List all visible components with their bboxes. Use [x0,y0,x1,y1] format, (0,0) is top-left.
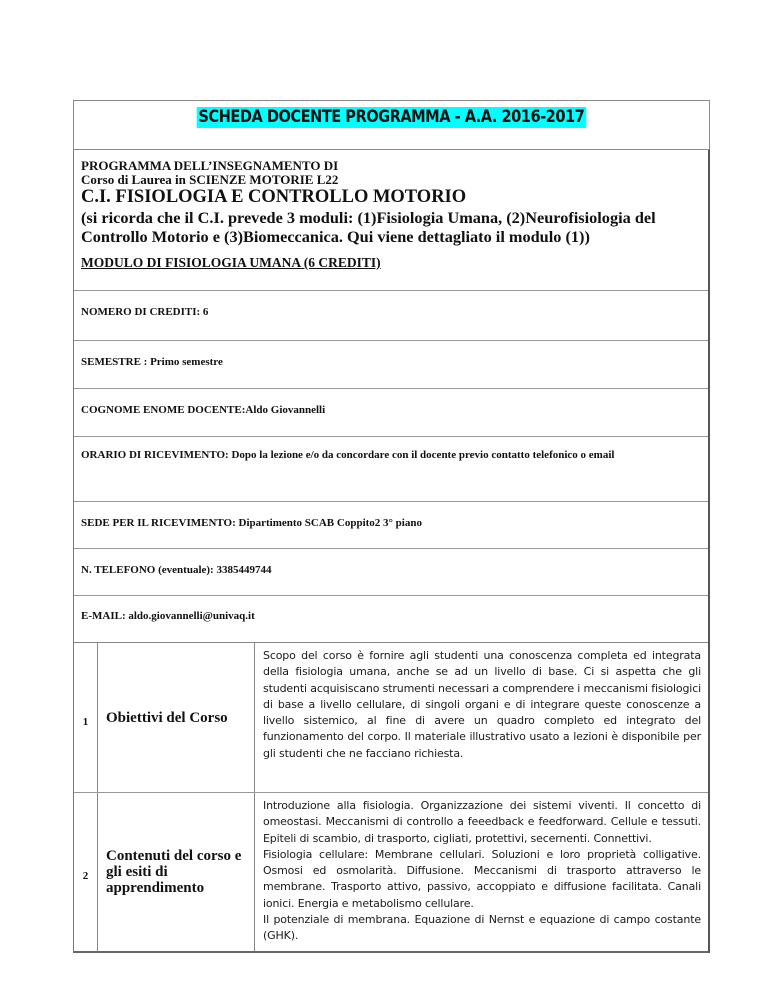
section-number: 1 [74,643,98,792]
semester-row: SEMESTRE : Primo semestre [74,341,708,389]
degree-course: Corso di Laurea in SCIENZE MOTORIE L22 [81,173,702,187]
program-intro: PROGRAMMA DELL’INSEGNAMENTO DI Corso di … [74,150,708,291]
section-paragraph: Fisiologia cellulare: Membrane cellulari… [263,847,701,912]
section-number: 2 [74,793,98,951]
section-label: Contenuti del corso e gli esiti di appre… [98,793,255,951]
module-title: MODULO DI FISIOLOGIA UMANA (6 CREDITI) [81,255,702,271]
program-heading: PROGRAMMA DELL’INSEGNAMENTO DI [81,159,702,173]
section-objectives: 1 Obiettivi del Corso Scopo del corso è … [74,643,708,793]
section-contents: 2 Contenuti del corso e gli esiti di app… [74,793,708,951]
section-body: Scopo del corso è fornire agli studenti … [255,643,708,792]
teacher-row: COGNOME ENOME DOCENTE:Aldo Giovannelli [74,389,708,437]
document-header: SCHEDA DOCENTE PROGRAMMA - A.A. 2016-201… [73,100,710,150]
section-label: Obiettivi del Corso [98,643,255,792]
program-table: PROGRAMMA DELL’INSEGNAMENTO DI Corso di … [73,150,710,953]
section-body: Introduzione alla fisiologia. Organizzaz… [255,793,708,951]
phone-row: N. TELEFONO (eventuale): 3385449744 [74,549,708,596]
document-title: SCHEDA DOCENTE PROGRAMMA - A.A. 2016-201… [74,107,709,128]
office-location-row: SEDE PER IL RICEVIMENTO: Dipartimento SC… [74,502,708,549]
credits-row: NOMERO DI CREDITI: 6 [74,291,708,341]
section-paragraph: Introduzione alla fisiologia. Organizzaz… [263,798,701,847]
office-hours-row: ORARIO DI RICEVIMENTO: Dopo la lezione e… [74,437,708,502]
email-row: E-MAIL: aldo.giovannelli@univaq.it [74,596,708,643]
section-paragraph: Il potenziale di membrana. Equazione di … [263,912,701,945]
course-title: C.I. FISIOLOGIA E CONTROLLO MOTORIO [81,187,702,208]
course-note: (si ricorda che il C.I. prevede 3 moduli… [81,208,702,246]
section-paragraph: Scopo del corso è fornire agli studenti … [263,648,701,762]
document-title-text: SCHEDA DOCENTE PROGRAMMA - A.A. 2016-201… [197,107,586,128]
